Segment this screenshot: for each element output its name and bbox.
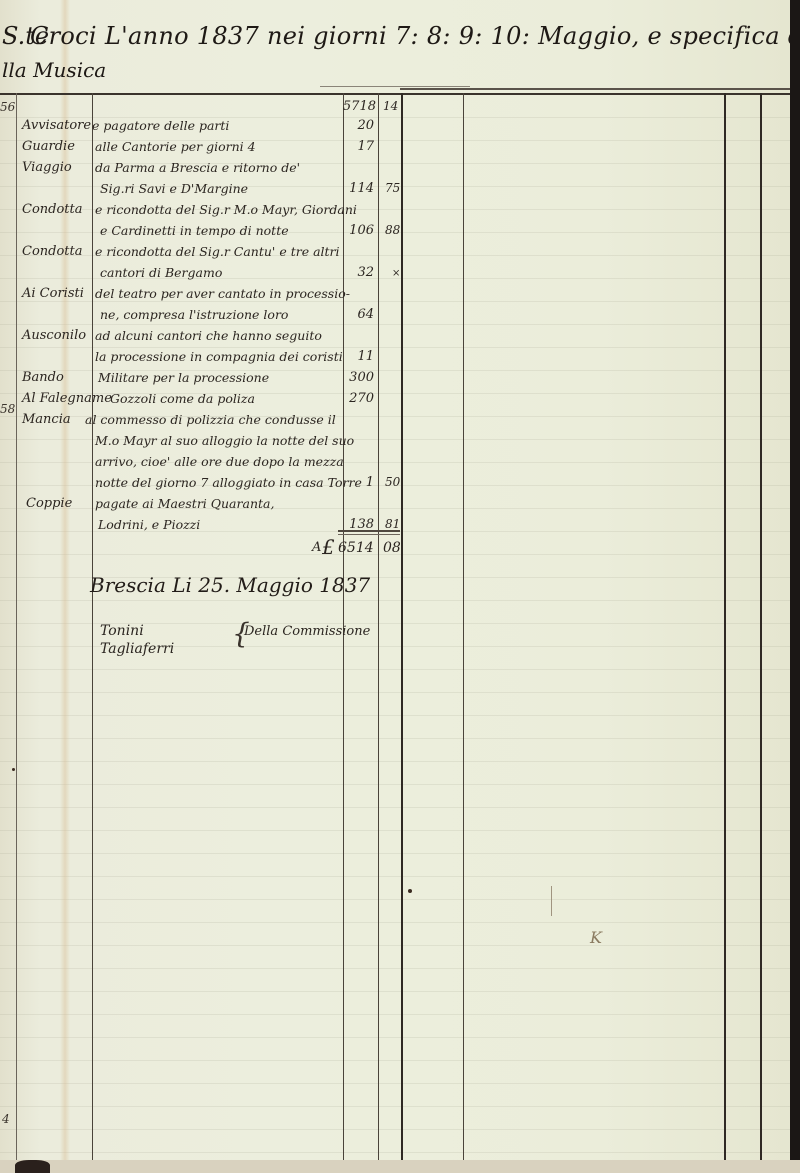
entry-category: Viaggio bbox=[22, 160, 72, 175]
commission-label: Della Commissione bbox=[244, 624, 370, 639]
entry-category: Mancia bbox=[22, 412, 71, 427]
entry-description: cantori di Bergamo bbox=[100, 265, 222, 280]
entry-cents: 81 bbox=[385, 517, 400, 531]
signatory-name: Tonini bbox=[100, 623, 144, 639]
entry-description: al commesso di polizzia che condusse il bbox=[85, 412, 336, 427]
total-prefix: A bbox=[312, 540, 321, 555]
entry-category: Guardie bbox=[22, 139, 75, 154]
entry-cents: 50 bbox=[385, 475, 400, 489]
entry-description: e ricondotta del Sig.r Cantu' e tre altr… bbox=[95, 244, 340, 259]
entry-lire: 64 bbox=[342, 307, 374, 322]
cents-column-line bbox=[401, 93, 403, 1160]
scan-edge-bottom bbox=[0, 1160, 800, 1173]
currency-symbol: £ bbox=[322, 535, 335, 559]
total-lire: 6514 bbox=[338, 540, 374, 556]
ink-spot bbox=[12, 768, 15, 771]
entry-description: e Cardinetti in tempo di notte bbox=[100, 223, 289, 238]
header-title: Croci L'anno 1837 nei giorni 7: 8: 9: 10… bbox=[30, 22, 800, 50]
entry-lire: 32 bbox=[342, 265, 374, 280]
total-rule bbox=[338, 530, 400, 532]
total-rule-second bbox=[338, 534, 400, 535]
paper-scratch bbox=[551, 886, 552, 916]
scan-edge-right bbox=[790, 0, 800, 1173]
entry-category: Bando bbox=[22, 370, 64, 385]
paper-mark: K bbox=[590, 928, 602, 947]
entry-description: e pagatore delle parti bbox=[92, 118, 229, 133]
entry-lire: 300 bbox=[340, 370, 374, 385]
entry-description: notte del giorno 7 alloggiato in casa To… bbox=[95, 475, 362, 490]
entry-category: Al Falegname bbox=[22, 391, 112, 406]
entry-lire: 17 bbox=[342, 139, 374, 154]
right-column-line-2 bbox=[724, 93, 726, 1160]
entry-description: ne, compresa l'istruzione loro bbox=[100, 307, 288, 322]
entry-description: e ricondotta del Sig.r M.o Mayr, Giordan… bbox=[95, 202, 357, 217]
entry-cents: 75 bbox=[385, 181, 400, 195]
entry-category: Coppie bbox=[26, 496, 72, 511]
entry-lire: 20 bbox=[342, 118, 374, 133]
margin-mark: 58 bbox=[0, 402, 15, 416]
entry-category: Condotta bbox=[22, 202, 83, 217]
entry-category: Ai Coristi bbox=[22, 286, 84, 301]
entry-description: arrivo, cioe' alle ore due dopo la mezza bbox=[95, 454, 344, 469]
entry-lire: 1 bbox=[342, 475, 374, 490]
entry-description: Gozzoli come da poliza bbox=[110, 391, 255, 406]
check-mark: × bbox=[392, 268, 400, 279]
header-rule bbox=[0, 93, 790, 95]
entry-cents: 88 bbox=[385, 223, 400, 237]
entry-description: alle Cantorie per giorni 4 bbox=[95, 139, 256, 154]
entry-description: pagate ai Maestri Quaranta, bbox=[95, 496, 274, 511]
entry-description: Sig.ri Savi e D'Margine bbox=[100, 181, 248, 196]
entry-description: Lodrini, e Piozzi bbox=[98, 517, 200, 532]
place-date: Brescia Li 25. Maggio 1837 bbox=[90, 573, 370, 597]
entry-category: Ausconilo bbox=[22, 328, 86, 343]
ink-spot bbox=[408, 889, 412, 893]
margin-mark: 4 bbox=[2, 1112, 10, 1126]
brought-forward-lire: 5718 bbox=[340, 99, 376, 114]
entry-description: la processione in compagnia dei coristi bbox=[95, 349, 343, 364]
entry-description: ad alcuni cantori che hanno seguito bbox=[95, 328, 322, 343]
header-subtitle: lla Musica bbox=[2, 58, 106, 82]
ledger-page: S.te Croci L'anno 1837 nei giorni 7: 8: … bbox=[0, 0, 790, 1160]
right-column-line-1 bbox=[463, 93, 464, 1160]
brought-forward-cents: 14 bbox=[383, 99, 398, 113]
signatory-name: Tagliaferri bbox=[100, 641, 174, 657]
header-rule-upper bbox=[400, 88, 790, 90]
entry-lire: 106 bbox=[340, 223, 374, 238]
entry-lire: 270 bbox=[340, 391, 374, 406]
scan-shadow bbox=[15, 1160, 50, 1173]
entry-description: del teatro per aver cantato in processio… bbox=[95, 286, 350, 301]
entry-description: M.o Mayr al suo alloggio la notte del su… bbox=[95, 433, 354, 448]
entry-lire: 114 bbox=[340, 181, 374, 196]
lire-column-line bbox=[378, 93, 379, 1160]
entry-category: Condotta bbox=[22, 244, 83, 259]
right-column-line-3 bbox=[760, 93, 762, 1160]
total-cents: 08 bbox=[383, 540, 401, 556]
margin-mark: 56 bbox=[0, 100, 15, 114]
margin-line bbox=[16, 93, 17, 1160]
entry-category: Avvisatore bbox=[22, 118, 91, 133]
header-rule-faint bbox=[320, 86, 470, 87]
entry-description: da Parma a Brescia e ritorno de' bbox=[95, 160, 300, 175]
entry-description: Militare per la processione bbox=[98, 370, 269, 385]
entry-lire: 11 bbox=[342, 349, 374, 364]
category-column-line bbox=[92, 93, 93, 1160]
